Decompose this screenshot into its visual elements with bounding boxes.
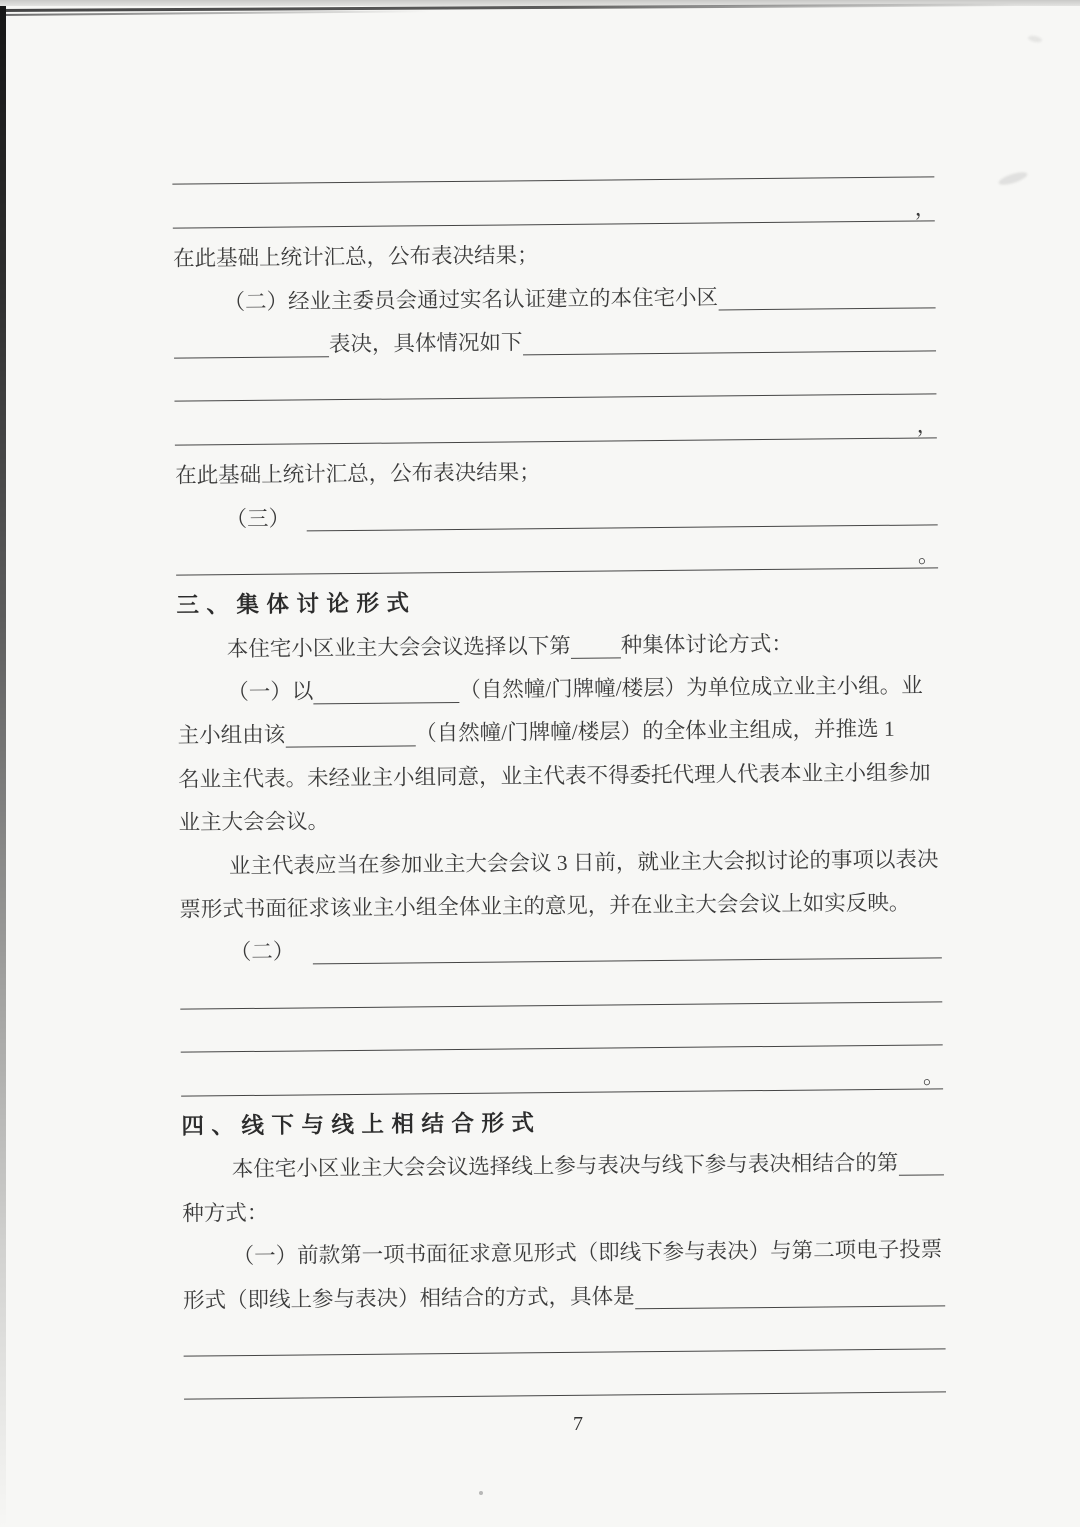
text-segment: 形式（即线上参与表决）相结合的方式，具体是: [183, 1283, 635, 1313]
document-line: 业主大会会议。: [178, 785, 940, 836]
ruled-blank-line: [174, 351, 936, 402]
trailing-punctuation: 。: [918, 542, 938, 568]
spacing-gap: [294, 939, 312, 965]
document-line: 票形式书面征求该业主小组全体业主的意见，并在业主大会会议上如实反映。: [179, 872, 941, 923]
document-line: （一）前款第一项书面征求意见形式（即线下参与表决）与第二项电子投票: [182, 1219, 944, 1270]
ruled-blank-line: [180, 1002, 942, 1053]
text-segment: 在此基础上统计汇总，公布表决结果；: [173, 242, 539, 272]
text-segment: （三）: [225, 505, 290, 532]
ruled-blank-line: ，: [174, 395, 936, 446]
document-line: （三）: [175, 481, 937, 532]
text-segment: （自然幢/门牌幢/楼层）的全体业主组成，并推选 1: [415, 716, 895, 747]
text-segment: 业主大会会议。: [178, 808, 329, 835]
document-line: 在此基础上统计汇总，公布表决结果；: [175, 438, 937, 489]
fill-in-blank: [571, 631, 621, 658]
section-heading: 四、线下与线上相结合形式: [181, 1089, 943, 1140]
document-line: （二）: [179, 915, 941, 966]
document-line: 在此基础上统计汇总，公布表决结果；: [173, 221, 935, 272]
text-segment: （二）经业主委员会通过实名认证建立的本住宅小区: [223, 284, 718, 315]
page-number: 7: [538, 1413, 618, 1436]
fill-in-blank: [285, 720, 415, 748]
heading-text: 四、线下与线上相结合形式: [181, 1110, 541, 1139]
scan-left-edge: [0, 6, 6, 1527]
text-segment: 表决，具体情况如下: [329, 329, 523, 357]
document-line: 本住宅小区业主大会会议选择线上参与表决与线下参与表决相结合的第: [182, 1132, 944, 1183]
document-line: （二）经业主委员会通过实名认证建立的本住宅小区: [173, 265, 935, 316]
fill-in-blank: [898, 1149, 944, 1176]
ruled-blank-line: 。: [176, 525, 938, 576]
fill-in-blank: [184, 1366, 946, 1400]
document-line: 名业主代表。未经业主小组同意，业主代表不得委托代理人代表本业主小组参加: [178, 742, 940, 793]
fill-in-blank: [522, 324, 936, 355]
scan-smudge: [479, 1491, 483, 1495]
scan-smudge: [997, 170, 1028, 188]
document-line: 业主代表应当在参加业主大会会议 3 日前，就业主大会拟讨论的事项以表决: [179, 829, 941, 880]
text-segment: （一）以: [227, 678, 313, 705]
document-line: 种方式：: [182, 1176, 944, 1227]
text-segment: 本住宅小区业主大会会议选择以下第: [227, 633, 571, 662]
document-line: 主小组由该（自然幢/门牌幢/楼层）的全体业主组成，并推选 1: [177, 698, 939, 749]
fill-in-blank: [718, 281, 936, 310]
heading-text: 三、集体讨论形式: [176, 591, 416, 619]
fill-in-blank: [174, 330, 329, 358]
document-line: （一）以（自然幢/门牌幢/楼层）为单位成立业主小组。业: [177, 655, 939, 706]
document-line: 表决，具体情况如下: [174, 308, 936, 359]
ruled-blank-line: 。: [181, 1046, 943, 1097]
text-segment: （自然幢/门牌幢/楼层）为单位成立业主小组。业: [459, 673, 923, 703]
document-line: 本住宅小区业主大会会议选择以下第种集体讨论方式：: [177, 612, 939, 663]
text-segment: 种集体讨论方式：: [621, 630, 793, 658]
scan-smudge: [1028, 35, 1043, 44]
ruled-blank-line: ，: [172, 178, 934, 229]
text-segment: 主小组由该: [178, 722, 286, 749]
spacing-gap: [290, 505, 306, 531]
text-segment: 在此基础上统计汇总，公布表决结果；: [175, 459, 541, 489]
ruled-blank-line: [180, 959, 942, 1010]
fill-in-blank: [634, 1279, 945, 1309]
trailing-punctuation: ，: [915, 195, 935, 221]
trailing-punctuation: ，: [917, 412, 937, 438]
ruled-blank-line: [172, 134, 934, 185]
fill-in-blank: [313, 676, 459, 704]
text-segment: 种方式：: [182, 1200, 268, 1227]
ruled-blank-line: [184, 1349, 946, 1400]
ruled-blank-line: [183, 1306, 945, 1357]
text-segment: （二）: [230, 939, 295, 966]
document-line: 形式（即线上参与表决）相结合的方式，具体是: [183, 1262, 945, 1313]
section-heading: 三、集体讨论形式: [176, 568, 938, 619]
document-body: ，在此基础上统计汇总，公布表决结果；（二）经业主委员会通过实名认证建立的本住宅小…: [172, 134, 946, 1400]
trailing-punctuation: 。: [923, 1063, 943, 1089]
